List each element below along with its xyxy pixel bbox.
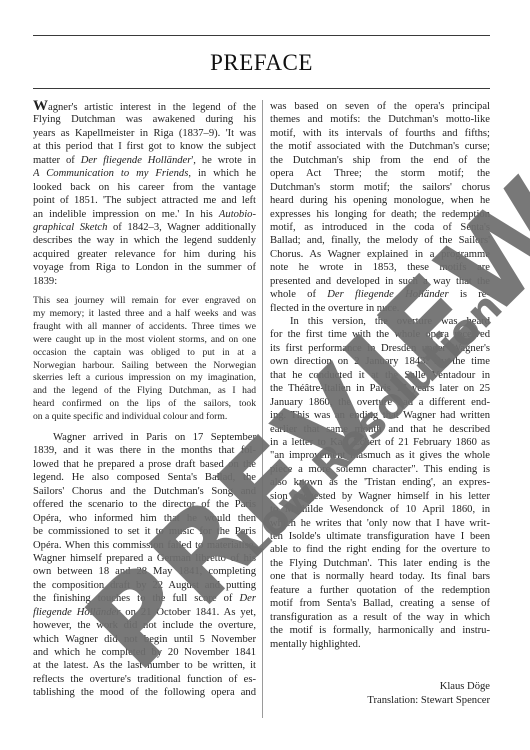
text-line: able to find the right ending for the ov… [270, 543, 490, 556]
text-line: also known as the 'Tristan ending', an e… [270, 476, 490, 489]
text-line: graphical Sketch of 1842–3, Wagner addit… [33, 221, 256, 234]
quote-line: on a quite specific and individual colou… [33, 411, 256, 424]
text-line: in a letter to Karl Eckert of 21 Februar… [270, 436, 490, 449]
paragraph-composition: Wagner arrived in Paris on 17 September … [33, 431, 256, 700]
text-line: offered the scenario to the director of … [33, 498, 256, 511]
quote-line: and the legend of the Flying Dutchman, a… [33, 385, 256, 398]
text-line: describes the way in which the legend su… [33, 234, 256, 247]
text-line: the composition draft by 22 August and p… [33, 579, 256, 592]
paragraph-overture-themes: was based on seven of the opera's princi… [270, 100, 490, 315]
text-line: Flying Dutchman was awakened during his [33, 113, 256, 126]
text-line: own direction on 2 January 1843. By the … [270, 355, 490, 368]
text-line: tablishing the mood of the following ope… [33, 686, 256, 699]
text-line: and which he completed by 20 November 18… [33, 646, 256, 659]
text-line: Dutchman's storm motif; the sailors' cho… [270, 181, 490, 194]
text-line: be commissioned to set it to music for t… [33, 525, 256, 538]
text-line: motif from Senta's Ballad, creating a se… [270, 597, 490, 610]
text-line: feature a further quotation of the redem… [270, 584, 490, 597]
text-line: expresses his longing for death; the red… [270, 208, 490, 221]
text-line: sion suggested by Wagner himself in his … [270, 490, 490, 503]
text-line: flected in the overture in nuce. [270, 302, 490, 315]
quote-line: heard confirmed on the lips of the sailo… [33, 398, 256, 411]
text-line: whole of Der fliegende Holländer is re- [270, 288, 490, 301]
text-line: motif, as introduced in the coda of Sent… [270, 221, 490, 234]
text-line: mentally highlighted. [270, 638, 490, 651]
column-divider [262, 100, 263, 718]
text-line: matter of Der fliegende Holländer', he w… [33, 154, 256, 167]
top-rule [33, 35, 490, 36]
text-line: earlier that same month and that he desc… [270, 423, 490, 436]
left-column: Wagner's artistic interest in the legend… [33, 100, 256, 700]
paragraph-intro: Wagner's artistic interest in the legend… [33, 100, 256, 288]
text-line: Opéra, who informed him that he would th… [33, 512, 256, 525]
text-line: motif, with its intervals of fourths and… [270, 127, 490, 140]
text-line: Chorus. As Wagner explained in a program… [270, 248, 490, 261]
bottom-rule [33, 88, 490, 89]
text-line: presented and developed in such a way th… [270, 275, 490, 288]
text-line: Sailors' Chorus and the Dutchman's Song … [33, 485, 256, 498]
text-line: 1839: [33, 275, 256, 288]
right-column: was based on seven of the opera's princi… [270, 100, 490, 651]
text-line: to Mathilde Wesendonck of 10 April 1860,… [270, 503, 490, 516]
quote-line: fraught with all manner of accidents. Th… [33, 321, 256, 334]
text-line: Ballad; and, finally, the melody of the … [270, 234, 490, 247]
quote-line: occasion the captain was obliged to put … [33, 347, 256, 360]
text-line: the motif is formally, harmonically and … [270, 624, 490, 637]
text-line: at this period that I first got to know … [33, 140, 256, 153]
text-line: years as Kapellmeister in Riga (1837–9).… [33, 127, 256, 140]
text-line: opera Act Three; the storm motif; the [270, 167, 490, 180]
quote-line: my memory; it lasted three and a half we… [33, 308, 256, 321]
text-line: the Dutchman's ship from the end of the [270, 154, 490, 167]
text-line: themes and motifs: the Dutchman's motto-… [270, 113, 490, 126]
quote-line: were caught up in the most violent storm… [33, 334, 256, 347]
paragraph-overture-history: In this version, the overture was heard … [270, 315, 490, 651]
text-line: A Communication to my Friends, in which … [33, 167, 256, 180]
text-line: voyage from Riga to London in the summer… [33, 261, 256, 274]
text-line: own between 18 and 28 May 1841, completi… [33, 565, 256, 578]
text-line: however, the work did not include the ov… [33, 619, 256, 632]
text-line: fliegende Holländer on 21 October 1841. … [33, 606, 256, 619]
text-line: the Théâtre-Italien in Paris 17 years la… [270, 382, 490, 395]
block-quote: This sea journey will remain for ever en… [33, 295, 256, 424]
text-line: for the first time with the whole opera … [270, 328, 490, 341]
text-line: the Flying Dutchman'. This later ending … [270, 557, 490, 570]
text-line: was based on seven of the opera's princi… [270, 100, 490, 113]
text-line: the motif associated with the Dutchman's… [270, 140, 490, 153]
text-line: at the latest. As the last number to be … [33, 659, 256, 672]
text-line: January 1860, the overture had a differe… [270, 396, 490, 409]
text-line: Wagner arrived in Paris on 17 September [33, 431, 256, 444]
text-line: Opéra. When this commission failed to ma… [33, 539, 256, 552]
document-page: PREFACE Wagner's artistic interest in th… [0, 0, 530, 750]
text-line: "an improvement inasmuch as it gives the… [270, 449, 490, 462]
drop-cap: W [33, 100, 48, 113]
text-line: 1839, and it was there in the months tha… [33, 444, 256, 457]
text-line: which Wagner did not begin until 5 Novem… [33, 633, 256, 646]
author-signature: Klaus Döge [440, 681, 490, 692]
quote-line: skerries left a curious impression on my… [33, 372, 256, 385]
text-line: transfiguration as a result of the way i… [270, 611, 490, 624]
text-line: one that is normally heard today. Its fi… [270, 570, 490, 583]
text-line: ing. This was an ending that Wagner had … [270, 409, 490, 422]
text-line: legend. He also composed Senta's Ballad,… [33, 471, 256, 484]
page-title: PREFACE [33, 50, 490, 76]
text-line: point of 1851. 'The subject attracted me… [33, 194, 256, 207]
text-line: note he wrote in 1853, these motifs are [270, 261, 490, 274]
text-line: an indelible impression on me.' In his A… [33, 208, 256, 221]
quote-line: This sea journey will remain for ever en… [33, 295, 256, 308]
text-line: lowed that he prepared a prose draft bas… [33, 458, 256, 471]
text-line: looked back on his career from the vanta… [33, 181, 256, 194]
text-line: reflects the overture's traditional func… [33, 673, 256, 686]
text-line: In this version, the overture was heard [270, 315, 490, 328]
quote-line: Norwegian harbour. Sailing between the N… [33, 360, 256, 373]
text-line: piece a more solemn character". This end… [270, 463, 490, 476]
text-line: Wagner's artistic interest in the legend… [33, 100, 256, 113]
text-line: that he conducted it at the Salle Ventad… [270, 369, 490, 382]
text-line: ten Isolde's ultimate transfiguration ha… [270, 530, 490, 543]
translator-credit: Translation: Stewart Spencer [367, 695, 490, 706]
text-line: which he writes that 'only now that I ha… [270, 517, 490, 530]
text-line: acquired greater relevance for him durin… [33, 248, 256, 261]
text-line: the finishing touches to the full score … [33, 592, 256, 605]
text-line: heard during his opening monologue, when… [270, 194, 490, 207]
text-line: Wagner himself prepared a German librett… [33, 552, 256, 565]
text-line: its first performance in Dresden under W… [270, 342, 490, 355]
